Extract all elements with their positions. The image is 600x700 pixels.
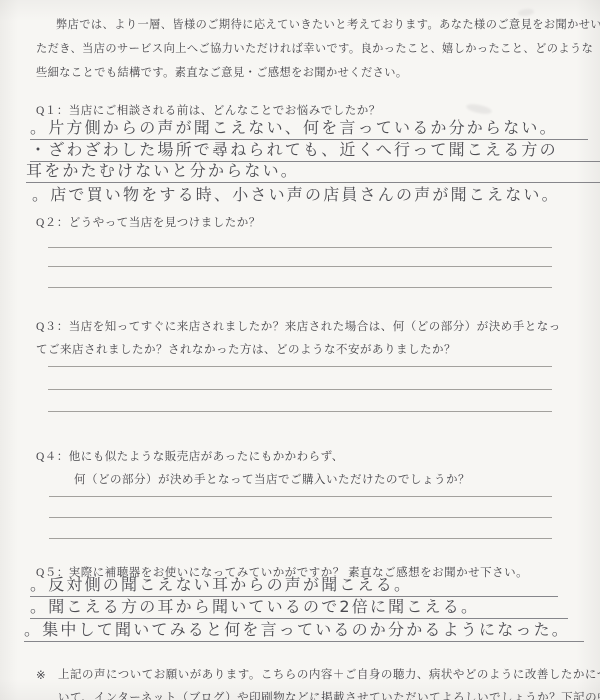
q1-answer-row: 。片方側からの声が聞こえない、何を言っているか分からない。 — [30, 117, 588, 140]
ruled-line — [49, 496, 552, 497]
ruled-line — [48, 389, 552, 390]
scan-artifact — [518, 8, 535, 17]
ruled-line — [48, 411, 552, 412]
question-q2: Q２：どうやって当店を見つけましたか？ — [36, 216, 261, 231]
ruled-line — [48, 366, 552, 367]
q1-answer-row: 。店で買い物をする時、小さい声の店員さんの声が聞こえない。 — [32, 184, 592, 206]
q1-answer-row: 耳をかたむけないと分からない。 — [26, 162, 600, 183]
question-q4: Q４：他にも似たような販売店があったにもかかわらず、 — [36, 450, 344, 465]
scan-artifact — [465, 102, 492, 115]
scanned-survey-page: 弊店では、より一層、皆様のご期待に応えていきたいと考えております。あなた様のご意… — [0, 0, 600, 700]
question-q3: Q３：当店を知ってすぐに来店されましたか？来店された場合は、何（どの部分）が決め… — [36, 320, 561, 335]
intro-paragraph-line: 些細なことでも結構です。素直なご意見・ご感想をお聞かせください。 — [36, 66, 408, 81]
intro-paragraph-line: 弊店では、より一層、皆様のご期待に応えていきたいと考えております。あなた様のご意… — [56, 18, 600, 33]
q1-answer-row: ・ざわざわした場所で尋ねられても、近くへ行って聞こえる方の — [30, 140, 600, 162]
ruled-line — [49, 538, 552, 539]
ruled-line — [48, 266, 552, 267]
q5-answer-row: 。集中して聞いてみると何を言っているのか分かるようになった。 — [24, 620, 584, 642]
question-q4-continued: 何（どの部分）が決め手となって当店でご購入いただけたのでしょうか？ — [74, 473, 470, 488]
ruled-line — [48, 287, 552, 288]
q5-answer-row: 。反対側の聞こえない耳からの声が聞こえる。 — [30, 576, 558, 597]
intro-paragraph-line: ただき、当店のサービス向上へご協力いただければ幸いです。良かったこと、嬉しかった… — [36, 42, 593, 57]
footer-note-line: いて、インターネット（ブログ）や印刷物などに掲載させていただいてよろしいでしょう… — [58, 691, 600, 700]
ruled-line — [48, 247, 552, 248]
footer-note-line: 上記の声についてお願いがあります。こちらの内容＋ご自身の聴力、病状やどのように改… — [58, 668, 600, 683]
q5-answer-row: 。聞こえる方の耳から聞いているので2倍に聞こえる。 — [30, 598, 568, 619]
footnote-marker: ※ — [36, 668, 46, 682]
question-q3-continued: てご来店されましたか？されなかった方は、どのような不安がありましたか？ — [36, 343, 456, 358]
ruled-line — [49, 517, 552, 518]
